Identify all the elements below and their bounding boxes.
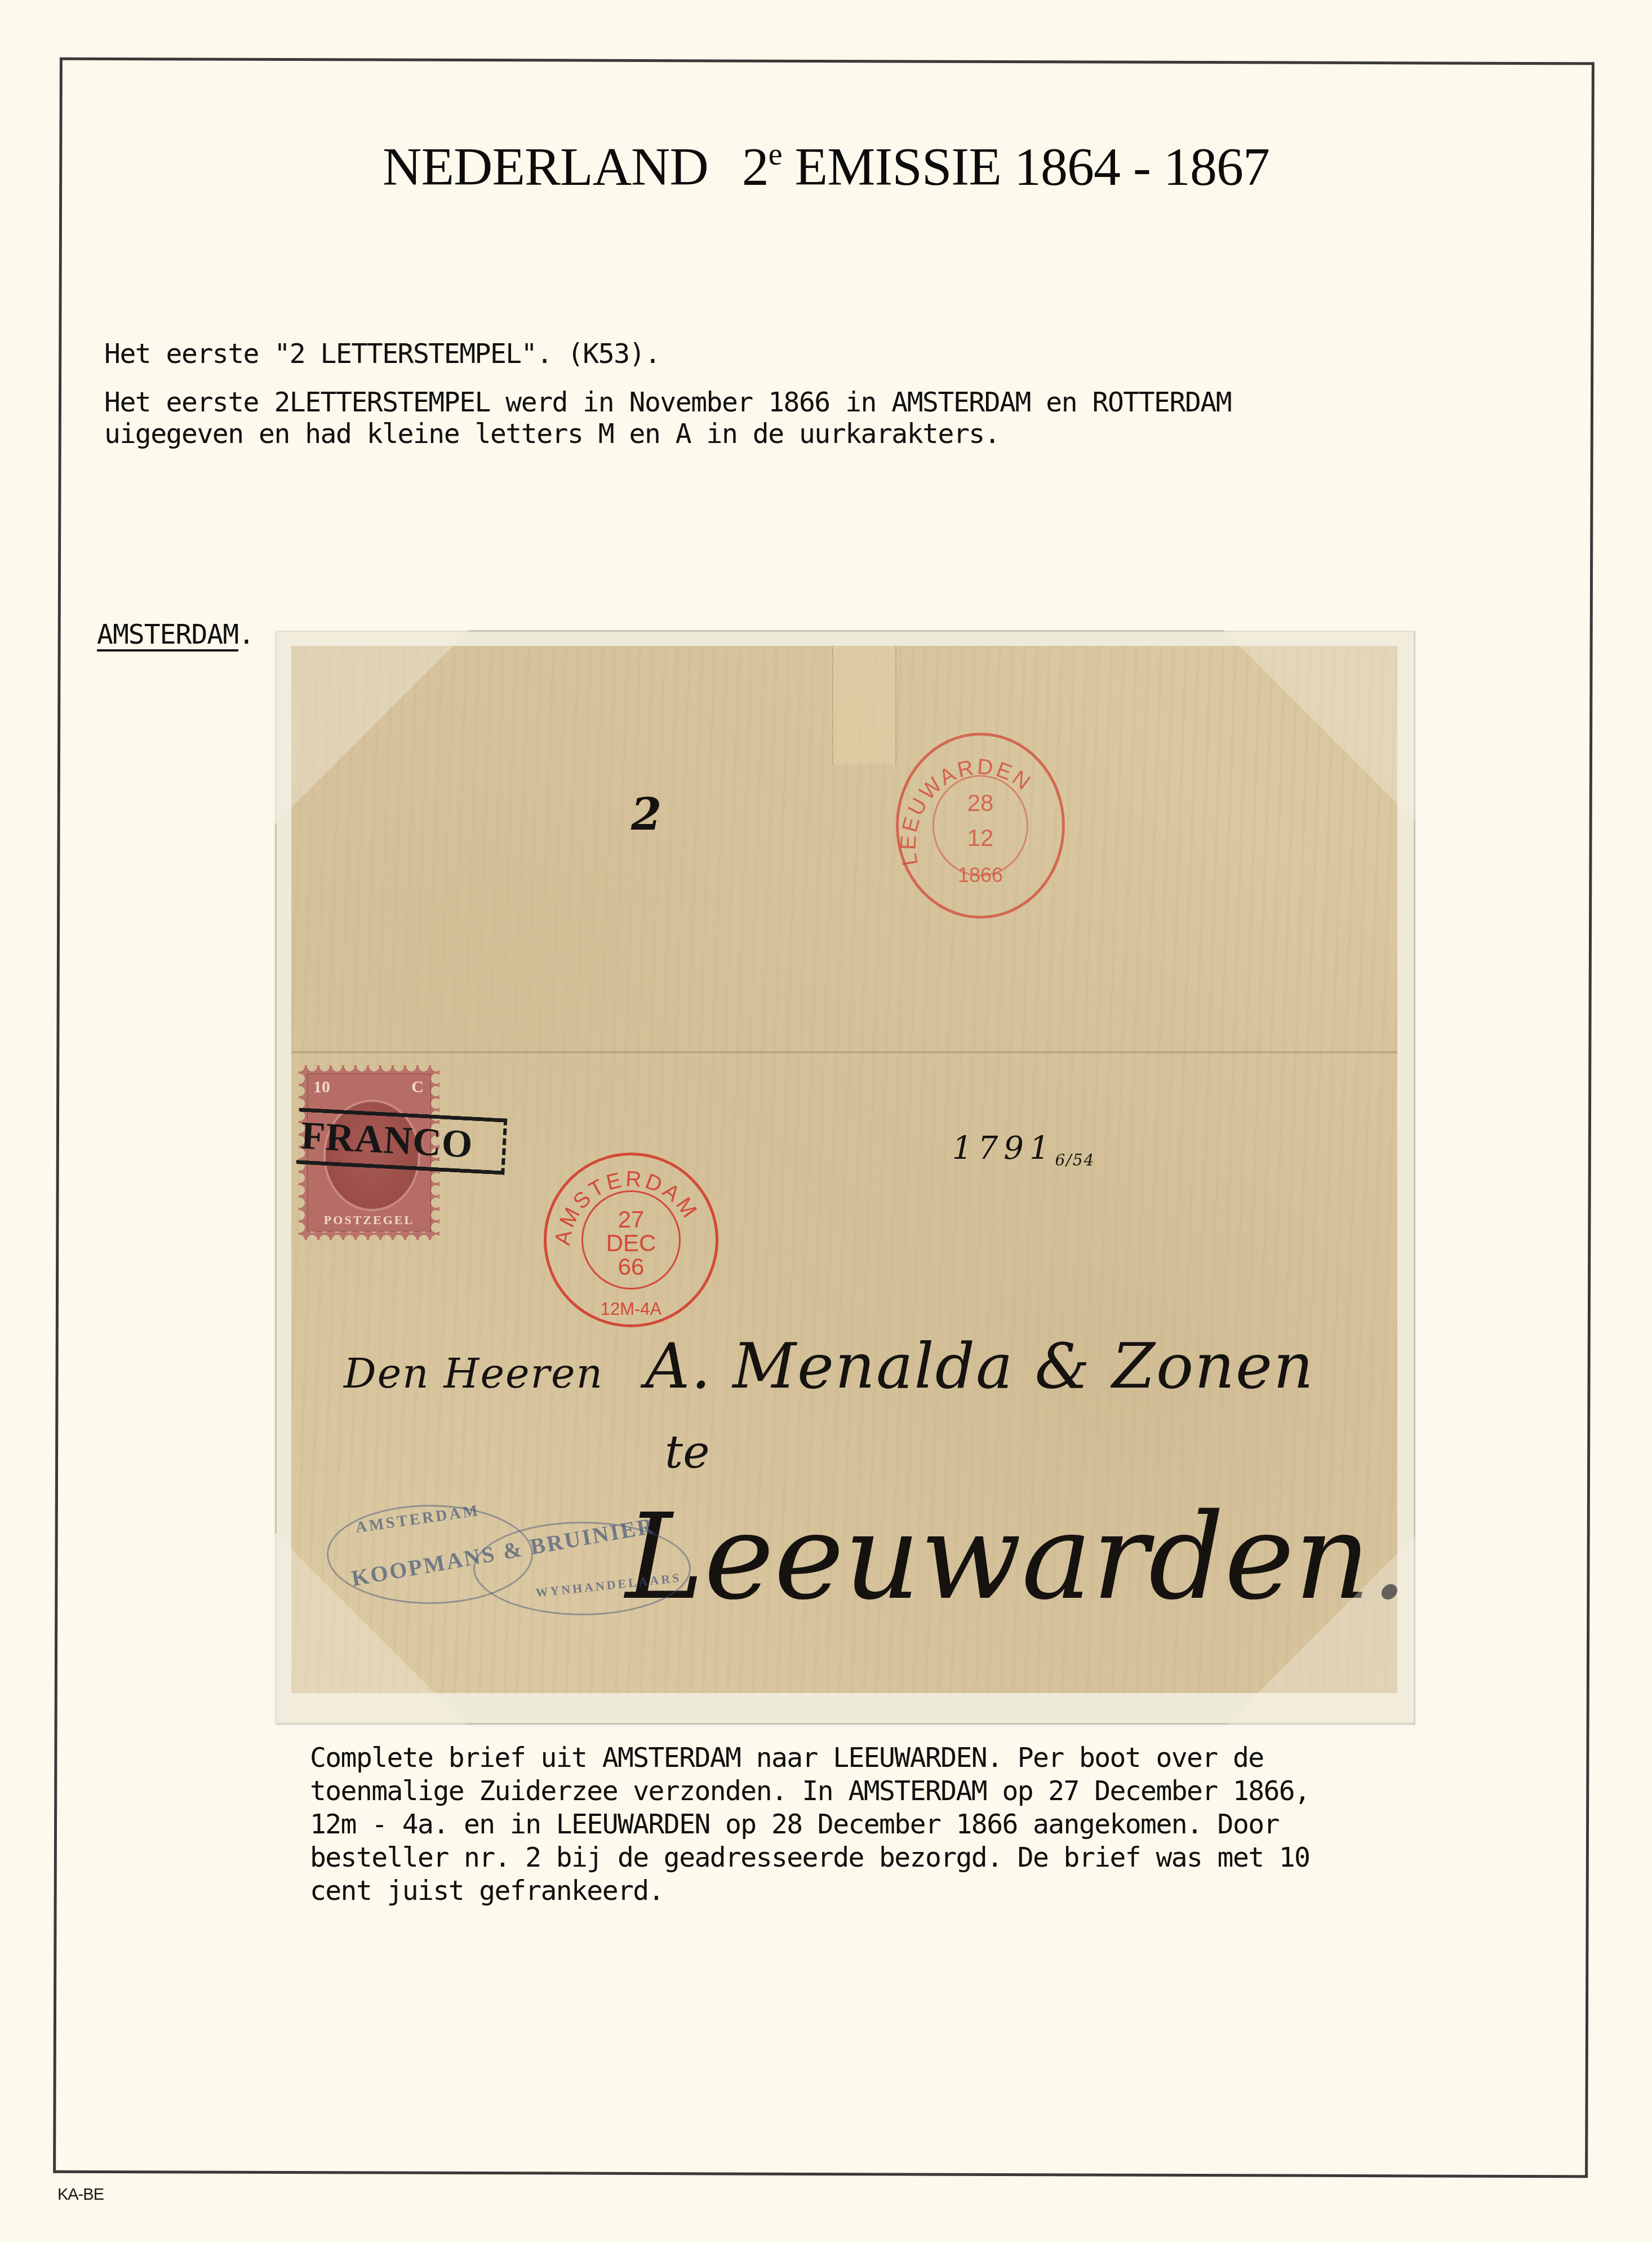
title-issue-period: EMISSIE 1864 - 1867 — [795, 136, 1269, 197]
sender-cachet: AMSTERDAM KOOPMANS & BRUINIER WYNHANDELA… — [327, 1499, 687, 1612]
section-label: AMSTERDAM. — [97, 619, 254, 650]
section-label-text: AMSTERDAM — [97, 619, 238, 650]
intro-heading: Het eerste "2 LETTERSTEMPEL". (K53). — [104, 338, 660, 370]
stamp-value: 10 — [313, 1078, 330, 1097]
caption-line: toenmalige Zuiderzee verzonden. In AMSTE… — [310, 1775, 1309, 1808]
franco-cancel: FRANCO — [296, 1107, 508, 1175]
address-city: Leeuwarden. — [625, 1488, 1408, 1626]
postmark-leeuwarden: LEEUWARDEN 28 12 1866 — [896, 733, 1065, 919]
caption-line: Complete brief uit AMSTERDAM naar LEEUWA… — [310, 1742, 1309, 1775]
section-label-suffix: . — [238, 619, 254, 650]
postmark-amsterdam: AMSTERDAM 12M-4A 27 DEC 66 — [544, 1153, 718, 1327]
caption-line: 12m - 4a. en in LEEUWARDEN op 28 Decembe… — [310, 1808, 1309, 1841]
intro-text-line-2: uigegeven en had kleine letters M en A i… — [104, 418, 1000, 450]
reference-note-sub: 6/54 — [1055, 1151, 1095, 1169]
address-line-2: te — [665, 1426, 710, 1478]
caption-line: cent juist gefrankeerd. — [310, 1875, 1309, 1908]
stamp-label: POSTZEGEL — [308, 1213, 430, 1228]
cover-description: Complete brief uit AMSTERDAM naar LEEUWA… — [310, 1742, 1309, 1908]
stamp-currency: C — [411, 1078, 424, 1097]
address-recipient: A. Menalda & Zonen — [645, 1330, 1315, 1402]
postmark-time: 12M-4A — [601, 1299, 662, 1319]
postmark-month: 12 — [899, 826, 1062, 850]
page-title: NEDERLAND2e EMISSIE 1864 - 1867 — [0, 135, 1652, 198]
address-salutation: Den Heeren — [344, 1350, 603, 1397]
postmark-day: 28 — [899, 791, 1062, 816]
postmark-year: 66 — [547, 1255, 716, 1279]
postmark-day: 27 — [547, 1207, 716, 1232]
postmark-year: 1866 — [899, 863, 1062, 888]
caption-line: besteller nr. 2 bij de geadresseerde bez… — [310, 1841, 1309, 1875]
title-issue-number: 2 — [742, 136, 769, 197]
seal-remnant — [832, 646, 896, 764]
reference-note-main: 1791 — [952, 1130, 1055, 1167]
title-country: NEDERLAND — [383, 136, 708, 197]
reference-note: 17916/54 — [952, 1130, 1095, 1169]
fold-line — [291, 1051, 1397, 1054]
postmark-month: DEC — [547, 1231, 716, 1256]
title-issue-superscript: e — [769, 137, 782, 172]
intro-text-line-1: Het eerste 2LETTERSTEMPEL werd in Novemb… — [104, 387, 1231, 418]
carrier-number: 2 — [631, 789, 661, 840]
address-line-1: Den Heeren A. Menalda & Zonen — [344, 1330, 1315, 1402]
publisher-mark: KA-BE — [57, 2186, 104, 2204]
